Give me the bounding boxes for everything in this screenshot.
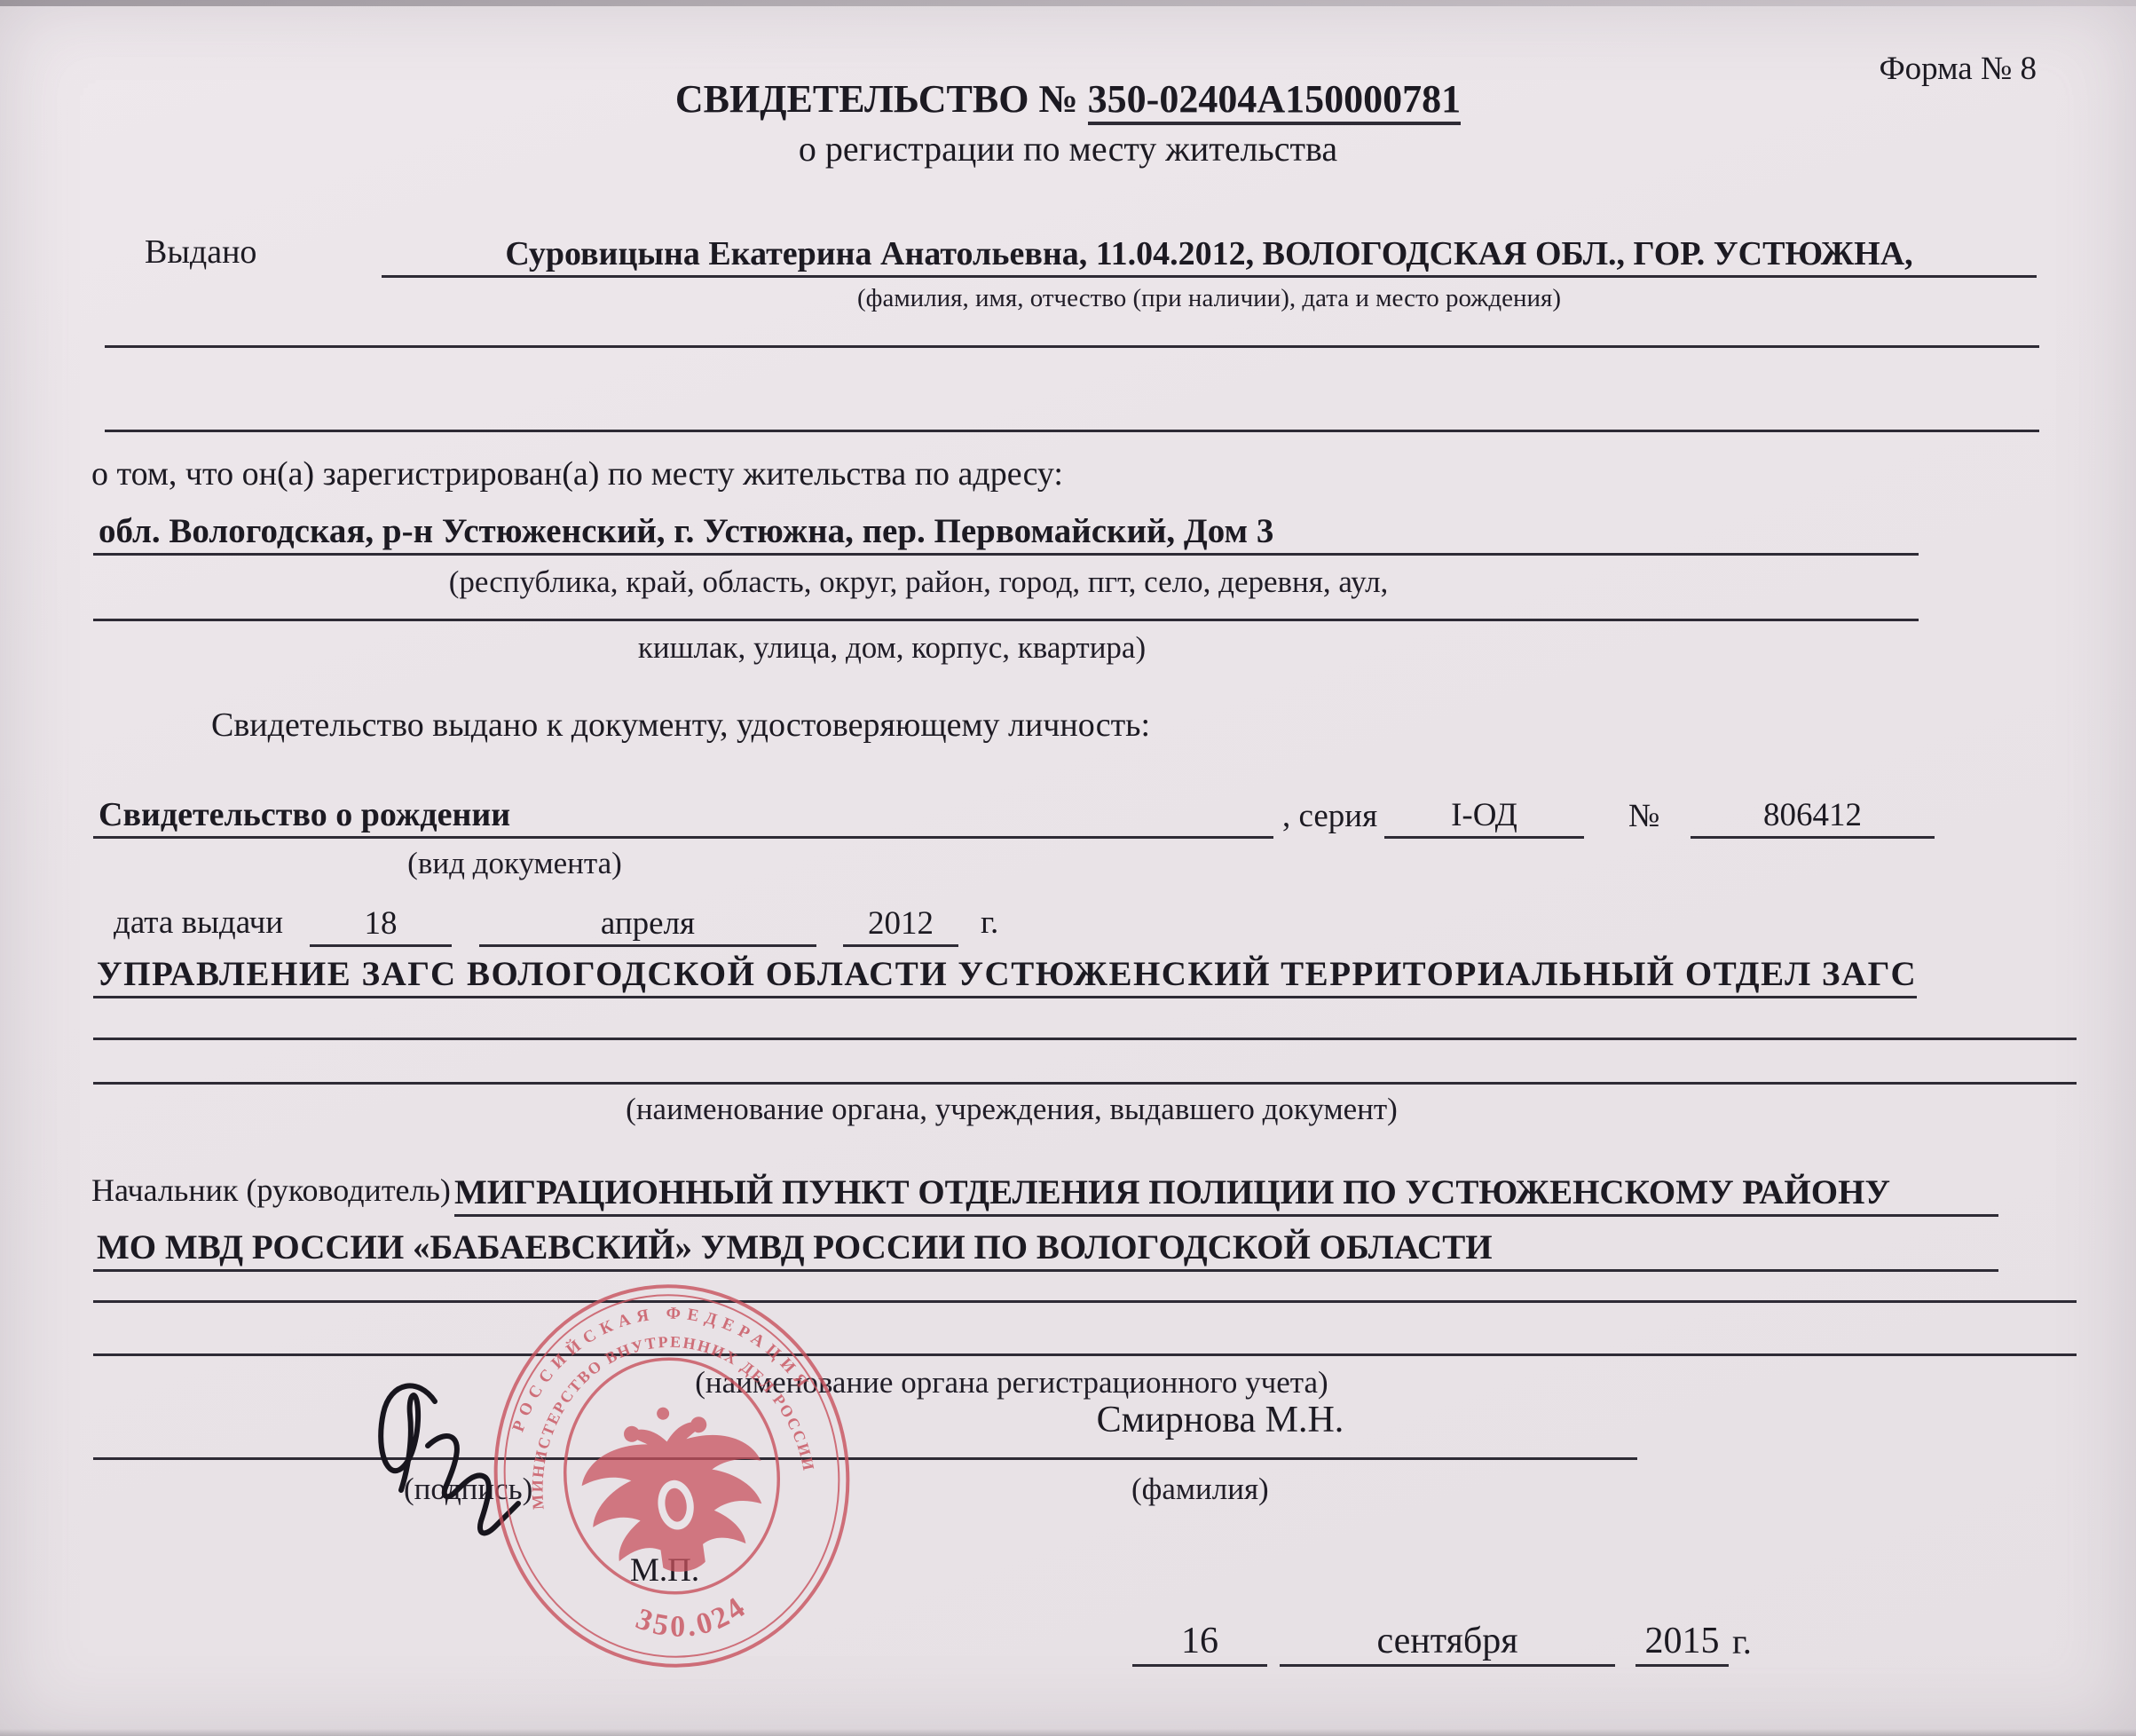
doc-type-value: Свидетельство о рождении bbox=[99, 795, 510, 834]
cert-month-field: сентября bbox=[1280, 1603, 1615, 1667]
address-field: обл. Вологодская, р-н Устюженский, г. Ус… bbox=[93, 509, 1919, 556]
address-caption-1: (республика, край, область, округ, район… bbox=[93, 564, 1744, 600]
issuing-authority: УПРАВЛЕНИЕ ЗАГС ВОЛОГОДСКОЙ ОБЛАСТИ УСТЮ… bbox=[97, 954, 1917, 994]
head-label: Начальник (руководитель) bbox=[91, 1172, 451, 1209]
cert-year: 2015 bbox=[1645, 1620, 1720, 1662]
series-value: I-ОД bbox=[1451, 796, 1517, 834]
authority-name-line2-field: МО МВД РОССИИ «БАБАЕВСКИЙ» УМВД РОССИИ П… bbox=[93, 1223, 1998, 1272]
name-caption: (фамилия) bbox=[1131, 1472, 1269, 1507]
blank-line bbox=[93, 1300, 2077, 1303]
identity-doc-intro: Свидетельство выдано к документу, удосто… bbox=[211, 706, 1150, 745]
svg-text:350.024: 350.024 bbox=[627, 1588, 756, 1652]
stamp-number: 350.024 bbox=[627, 1588, 756, 1652]
registration-intro: о том, что он(а) зарегистрирован(а) по м… bbox=[91, 454, 1063, 493]
doc-type-field: Свидетельство о рождении bbox=[93, 792, 1273, 839]
doc-number-field: 806412 bbox=[1691, 792, 1935, 839]
issue-month-field: апреля bbox=[479, 898, 816, 947]
page-title: СВИДЕТЕЛЬСТВО № 350-02404А150000781 bbox=[0, 76, 2136, 122]
certificate-number: 350-02404А150000781 bbox=[1088, 77, 1461, 125]
issued-to-label: Выдано bbox=[145, 233, 256, 272]
issuing-authority-caption: (наименование органа, учреждения, выдавш… bbox=[426, 1092, 1597, 1127]
issue-month: апреля bbox=[601, 904, 695, 943]
issue-year-suffix: г. bbox=[981, 904, 998, 942]
issue-day-field: 18 bbox=[310, 898, 452, 947]
address-value: обл. Вологодская, р-н Устюженский, г. Ус… bbox=[99, 511, 1273, 551]
authority-name-line1-field: МИГРАЦИОННЫЙ ПУНКТ ОТДЕЛЕНИЯ ПОЛИЦИИ ПО … bbox=[454, 1168, 1998, 1217]
doc-number-value: 806412 bbox=[1763, 796, 1862, 834]
issuing-authority-field: УПРАВЛЕНИЕ ЗАГС ВОЛОГОДСКОЙ ОБЛАСТИ УСТЮ… bbox=[93, 950, 1917, 998]
issue-year: 2012 bbox=[868, 904, 934, 943]
double-headed-eagle-icon bbox=[572, 1395, 775, 1584]
certificate-document: Форма № 8 СВИДЕТЕЛЬСТВО № 350-02404А1500… bbox=[0, 0, 2136, 1736]
blank-line bbox=[105, 345, 2039, 348]
issued-to-value: Суровицына Екатерина Анатольевна, 11.04.… bbox=[505, 234, 1912, 273]
blank-line bbox=[105, 430, 2039, 432]
cert-year-suffix: г. bbox=[1732, 1621, 1752, 1662]
series-label: , серия bbox=[1282, 797, 1377, 835]
cert-year-field: 2015 bbox=[1635, 1603, 1729, 1667]
number-sign: № bbox=[1628, 797, 1659, 835]
blank-line bbox=[93, 619, 1919, 621]
address-caption-2: кишлак, улица, дом, корпус, квартира) bbox=[93, 630, 1691, 666]
issue-year-field: 2012 bbox=[843, 898, 958, 947]
issued-to-field: Суровицына Екатерина Анатольевна, 11.04.… bbox=[382, 231, 2037, 278]
issue-date-label: дата выдачи bbox=[114, 904, 283, 942]
doc-type-caption: (вид документа) bbox=[266, 846, 763, 881]
official-name: Смирнова М.Н. bbox=[932, 1399, 1509, 1441]
series-field: I-ОД bbox=[1384, 792, 1584, 839]
blank-line bbox=[93, 1353, 2077, 1356]
cert-day-field: 16 bbox=[1132, 1603, 1267, 1667]
cert-day: 16 bbox=[1181, 1620, 1218, 1662]
blank-line bbox=[93, 1082, 2077, 1085]
issued-to-caption: (фамилия, имя, отчество (при наличии), д… bbox=[382, 284, 2037, 313]
cert-month: сентября bbox=[1376, 1620, 1517, 1662]
official-stamp: РОССИЙСКАЯ ФЕДЕРАЦИЯ МИНИСТЕРСТВО ВНУТРЕ… bbox=[455, 1248, 888, 1703]
issue-day: 18 bbox=[365, 904, 398, 943]
authority-name-line1: МИГРАЦИОННЫЙ ПУНКТ ОТДЕЛЕНИЯ ПОЛИЦИИ ПО … bbox=[454, 1172, 1890, 1212]
page-subtitle: о регистрации по месту жительства bbox=[0, 128, 2136, 170]
title-label: СВИДЕТЕЛЬСТВО № bbox=[675, 77, 1078, 121]
blank-line bbox=[93, 1038, 2077, 1040]
signature-line bbox=[93, 1457, 1637, 1460]
